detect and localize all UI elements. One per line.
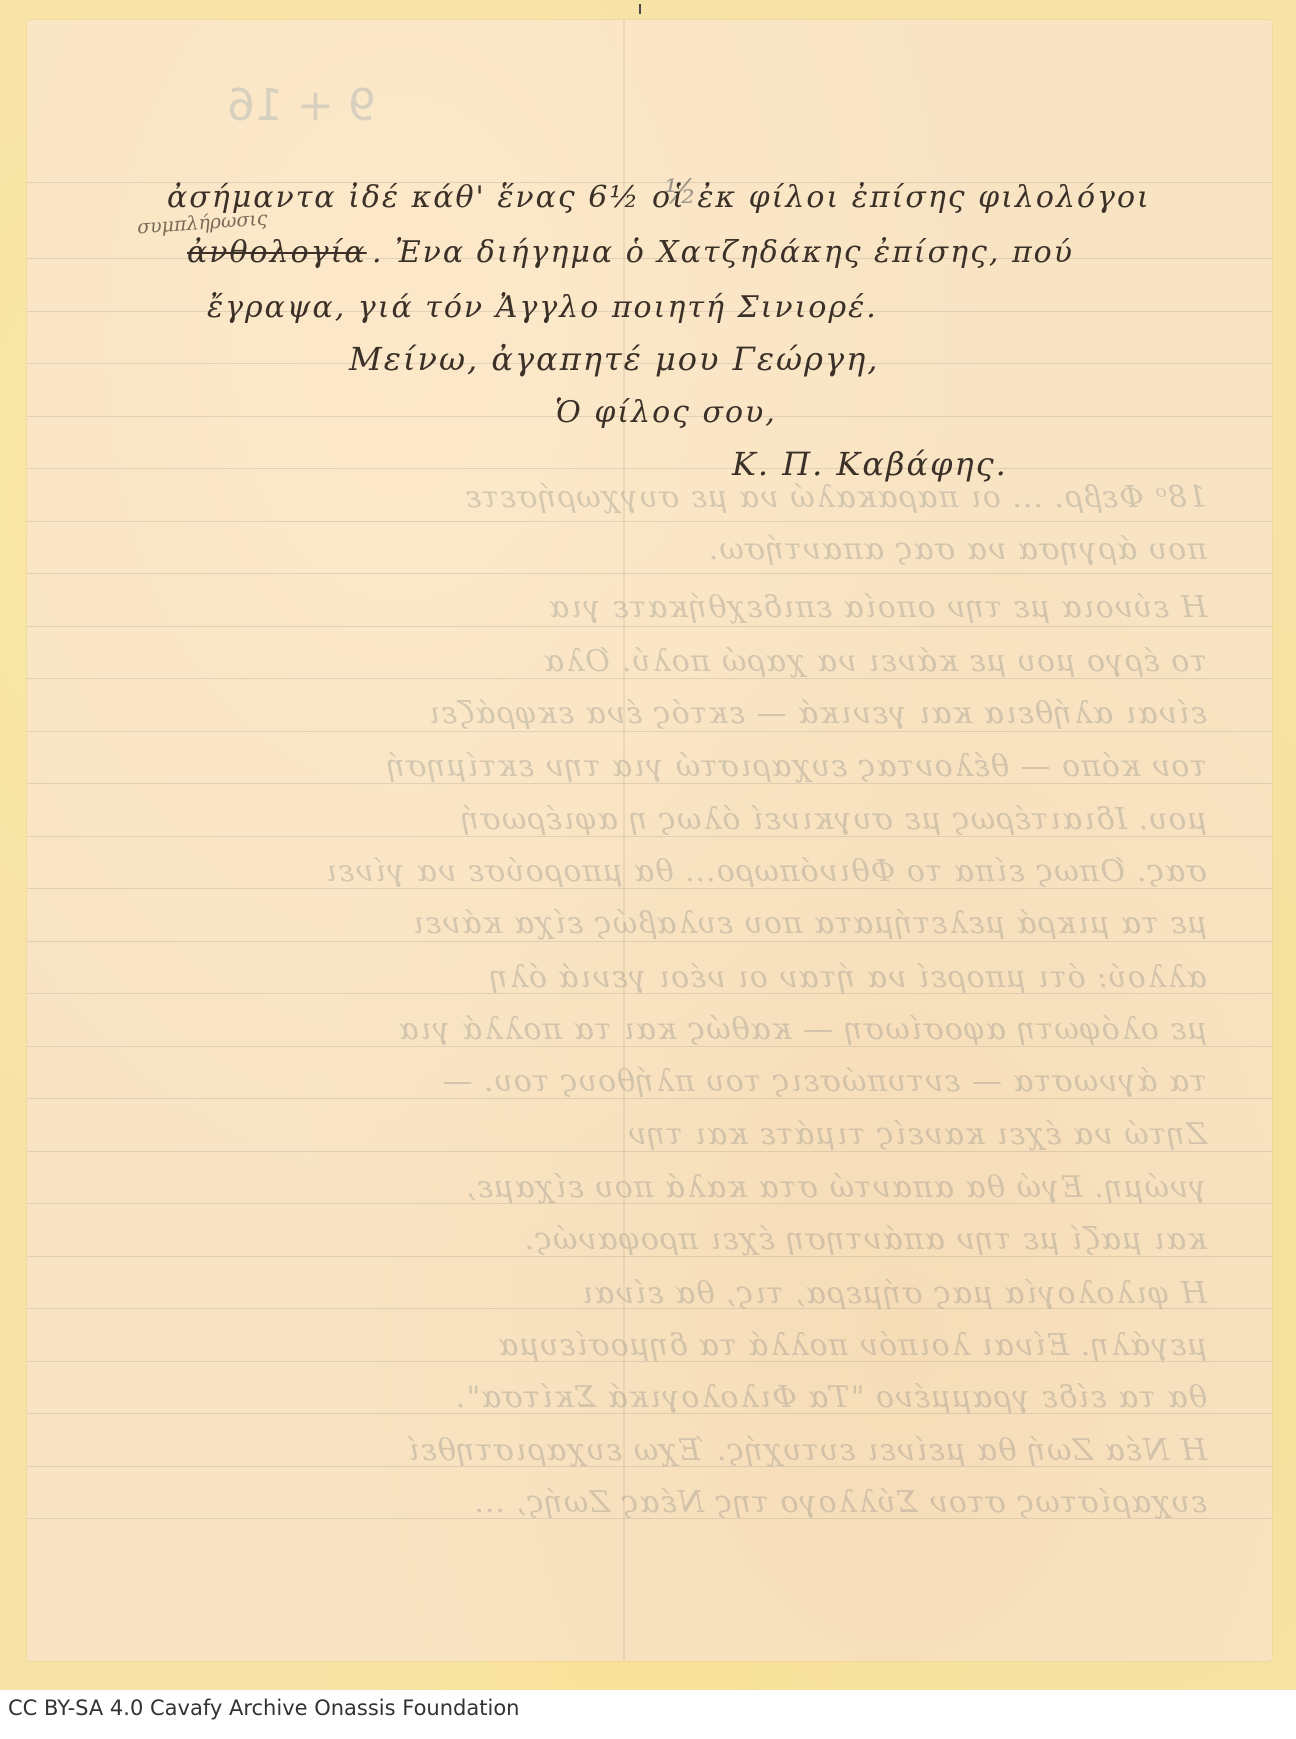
struck-word: ἀνθολογία <box>187 235 367 270</box>
handwritten-line-2-rest: . Ἐνα διήγημα ὁ Χατζηδάκης ἐπίσης, πού <box>372 235 1074 270</box>
ruled-line <box>27 941 1272 942</box>
bleed-through-line: τον κόπο — θέλοντας ευχαριστώ για την εκ… <box>87 749 1207 784</box>
closing-valediction: Ὁ φίλος σου, <box>555 395 777 430</box>
handwritten-line-3: ἔγραψα, γιά τόν Ἀγγλο ποιητή Σινιορέ. <box>207 290 878 325</box>
letter-page: 9 + 16 18ᵒ Φεβρ. ... οι παρακαλώ να με σ… <box>27 20 1272 1661</box>
bleed-through-line: Η εύνοια με την οποία επιδεχθήκατε για <box>87 590 1207 625</box>
bleed-through-line: και μαζί με την απάντηση έχει προφανώς. <box>87 1222 1207 1257</box>
bleed-through-line: Η Νέα Ζωή θα μείνει ευτυχής. Έχω ευχαρισ… <box>87 1433 1207 1468</box>
margin-annotation: συμπλήρωσις <box>136 207 268 238</box>
top-ink-mark <box>639 4 641 14</box>
bleed-through-line: το έργο μου με κάνει να χαρώ πολύ. Όλα <box>87 644 1207 679</box>
bleed-through-line: Ζητώ να έχει κανείς τιμάτε και την <box>87 1117 1207 1152</box>
ruled-line <box>27 626 1272 627</box>
bleed-through-line: ευχαρίστως στον Σύλλογο της Νέας Ζωής, .… <box>87 1485 1207 1520</box>
signature: Κ. Π. Καβάφης. <box>732 445 1008 483</box>
bleed-through-line: αλλού: ότι μπορεί να ήταν οι νέοι γενιά … <box>87 960 1207 995</box>
license-credit: CC BY-SA 4.0 Cavafy Archive Onassis Foun… <box>8 1696 519 1720</box>
ruled-line <box>27 731 1272 732</box>
bleed-through-line: είναι αλήθεια και γενικά — εκτός ένα εκφ… <box>87 696 1207 731</box>
closing-salutation: Μείνω, ἀγαπητέ μου Γεώργη, <box>349 340 879 378</box>
pencil-number-mark: 9 + 16 <box>227 80 376 131</box>
ruled-line <box>27 521 1272 522</box>
ruled-line <box>27 468 1272 469</box>
handwritten-line-2: ἀνθολογία <box>187 235 367 270</box>
ruled-line <box>27 573 1272 574</box>
bleed-through-line: θα τα είδε γραμμένο "Τα Φιλολογικά Σκίτσ… <box>87 1380 1207 1415</box>
bleed-through-line: γνώμη. Εγώ θα απαντώ στα καλά που είχαμε… <box>87 1170 1207 1205</box>
bleed-through-line: που άργησα να σας απαντήσω. <box>87 532 1207 567</box>
bleed-through-line: 18ᵒ Φεβρ. ... οι παρακαλώ να με συγχωρήσ… <box>87 480 1207 515</box>
handwritten-line-1: ἀσήμαντα ἰδέ κάθ' ἕνας 6½ οἱ ἐκ φίλοι ἐπ… <box>167 180 1151 215</box>
bleed-through-line: τα άγνωστα — εντυπώσεις του πλήθους του.… <box>87 1064 1207 1099</box>
bleed-through-line: με ολόφωτη αφοσίωση — καθώς και τα πολλά… <box>87 1012 1207 1047</box>
bleed-through-line: Η φιλολογία μας σήμερα, τις, θα είναι <box>87 1276 1207 1311</box>
bleed-through-line: σας. Όπως είπα το Φθινόπωρο... θα μπορού… <box>87 854 1207 889</box>
bleed-through-line: μεγάλη. Είναι λοιπόν πολλά τα δημοσίευμα <box>87 1328 1207 1363</box>
bleed-through-line: με τα μικρά μελετήματα που ευλαβώς είχα … <box>87 906 1207 941</box>
bleed-through-line: μου. Ιδιαιτέρως με συγκινεί όλως η αφιέρ… <box>87 802 1207 837</box>
